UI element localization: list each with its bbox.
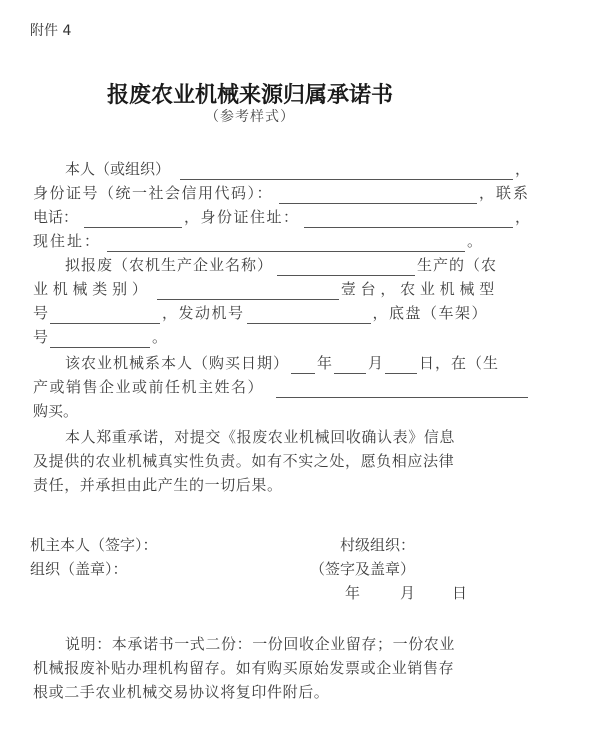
year-label: 年 — [317, 352, 332, 374]
day-label: 日，在（生 — [419, 352, 499, 374]
chassis-number-field[interactable] — [50, 331, 150, 348]
seller-label: 产或销售企业或前任机主姓名） — [33, 376, 264, 398]
owner-name-field[interactable] — [180, 163, 513, 180]
document-title: 报废农业机械来源归属承诺书 — [0, 78, 500, 109]
manufacturer-line: 拟报废（农机生产企业名称） 生产的（农 — [33, 254, 530, 276]
purchase-month-field[interactable] — [334, 357, 366, 374]
id-address-field[interactable] — [304, 211, 513, 228]
chassis-line: 号 。 — [33, 326, 530, 348]
quantity-model-label: 壹 台 ， 农 业 机 械 型 — [341, 278, 494, 300]
id-number-line: 身份证号（统一社会信用代码）： ，联系 — [33, 182, 530, 204]
current-address-label: 现住址： — [33, 230, 101, 252]
punct: ， — [515, 206, 530, 228]
model-label: 号 — [33, 302, 48, 324]
current-address-line: 现住址： 。 — [33, 230, 530, 252]
sign-date-month: 月 — [400, 582, 415, 604]
id-number-field[interactable] — [279, 187, 477, 204]
current-address-field[interactable] — [107, 235, 465, 252]
manufacturer-label: 拟报废（农机生产企业名称） — [65, 254, 273, 276]
org-seal-label: 组织（盖章）： — [30, 558, 128, 580]
document-subtitle: （参考样式） — [0, 106, 500, 126]
chassis-label: ，底盘（车架） — [373, 302, 489, 324]
punct: ， — [515, 158, 530, 180]
pledge-line-3: 责任，并承担由此产生的一切后果。 — [33, 474, 530, 496]
contact-label-start: ，联系 — [479, 182, 530, 204]
phone-field[interactable] — [84, 211, 182, 228]
purchase-year-field[interactable] — [291, 357, 315, 374]
note-line-2: 机械报废补贴办理机构留存。如有购买原始发票或企业销售存 — [33, 657, 530, 679]
phone-label: 电话： — [33, 206, 78, 228]
note-text-1: 说明：本承诺书一式二份：一份回收企业留存；一份农业 — [65, 633, 455, 655]
seller-field[interactable] — [276, 381, 528, 398]
pledge-text-2: 及提供的农业机械真实性负责。如有不实之处，愿负相应法律 — [33, 450, 454, 472]
purchase-date-label: 该农业机械系本人（购买日期） — [65, 352, 289, 374]
pledge-line-2: 及提供的农业机械真实性负责。如有不实之处，愿负相应法律 — [33, 450, 530, 472]
seller-line: 产或销售企业或前任机主姓名） — [33, 376, 530, 398]
chassis-number-label: 号 — [33, 326, 48, 348]
owner-signature-label: 机主本人（签字）： — [30, 534, 158, 556]
month-label: 月 — [368, 352, 383, 374]
pledge-line-1: 本人郑重承诺，对提交《报废农业机械回收确认表》信息 — [33, 426, 530, 448]
machine-type-field[interactable] — [157, 283, 339, 300]
note-line-3: 根或二手农业机械交易协议将复印件附后。 — [33, 681, 530, 703]
manufacturer-field[interactable] — [277, 259, 415, 276]
purchased-text: 购买。 — [33, 400, 78, 422]
note-line-1: 说明：本承诺书一式二份：一份回收企业留存；一份农业 — [33, 633, 530, 655]
village-org-label: 村级组织： — [340, 534, 415, 556]
pledge-text-3: 责任，并承担由此产生的一切后果。 — [33, 474, 283, 496]
pledge-text-1: 本人郑重承诺，对提交《报废农业机械回收确认表》信息 — [65, 426, 455, 448]
owner-name-label: 本人（或组织） — [65, 158, 170, 180]
phone-address-line: 电话： ，身份证住址： ， — [33, 206, 530, 228]
purchase-date-line: 该农业机械系本人（购买日期） 年 月 日，在（生 — [33, 352, 530, 374]
note-text-2: 机械报废补贴办理机构留存。如有购买原始发票或企业销售存 — [33, 657, 454, 679]
engine-label: ，发动机号 — [162, 302, 245, 324]
model-field[interactable] — [50, 307, 160, 324]
attachment-label: 附件 4 — [30, 20, 71, 40]
punct: 。 — [152, 326, 167, 348]
id-number-label: 身份证号（统一社会信用代码）： — [33, 182, 273, 204]
sign-date-day: 日 — [452, 582, 467, 604]
owner-name-line: 本人（或组织） ， — [33, 158, 530, 180]
note-text-3: 根或二手农业机械交易协议将复印件附后。 — [33, 681, 329, 703]
village-sign-seal-label: （签字及盖章） — [310, 558, 415, 580]
purchased-line: 购买。 — [33, 400, 530, 422]
punct: 。 — [467, 230, 482, 252]
id-address-label: ，身份证住址： — [184, 206, 300, 228]
machine-type-label: 业 机 械 类 别 ） — [33, 278, 147, 300]
model-engine-line: 号 ，发动机号 ，底盘（车架） — [33, 302, 530, 324]
produced-label: 生产的（农 — [417, 254, 497, 276]
engine-number-field[interactable] — [247, 307, 371, 324]
sign-date-year: 年 — [345, 582, 360, 604]
purchase-day-field[interactable] — [385, 357, 417, 374]
machine-type-line: 业 机 械 类 别 ） 壹 台 ， 农 业 机 械 型 — [33, 278, 530, 300]
